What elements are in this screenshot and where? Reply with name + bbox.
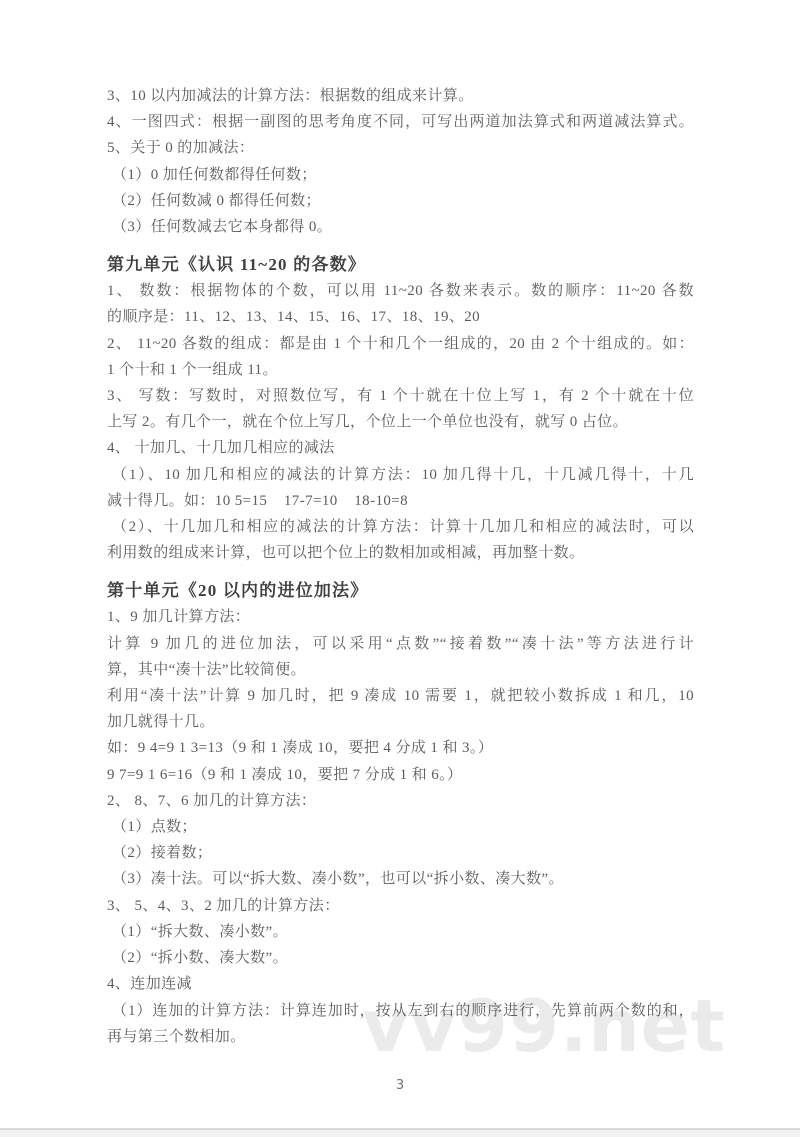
text-line: 3、 5、4、3、2 加几的计算方法： [107,893,694,919]
text-line: 1、 数数：根据物体的个数，可以用 11~20 各数来表示。数的顺序：11~20… [107,278,694,304]
text-line: 算，其中“凑十法”比较简便。 [107,657,694,683]
text-line: 3、10 以内加减法的计算方法：根据数的组成来计算。 [107,83,694,109]
section-unit9: 第九单元《认识 11~20 的各数》 1、 数数：根据物体的个数，可以用 11~… [107,252,694,566]
unit9-heading: 第九单元《认识 11~20 的各数》 [107,252,694,278]
text-line: （2）任何数减 0 都得任何数； [107,188,694,214]
text-line: （1）“拆大数、凑小数”。 [107,919,694,945]
text-line: （2）“拆小数、凑大数”。 [107,945,694,971]
text-line: （1）点数； [107,814,694,840]
text-line: 如：9 4=9 1 3=13（9 和 1 凑成 10，要把 4 分成 1 和 3… [107,735,694,761]
text-line: 加几就得十几。 [107,709,694,735]
text-line: 5、关于 0 的加减法： [107,135,694,161]
text-line: （1）连加的计算方法：计算连加时，按从左到右的顺序进行，先算前两个数的和， [107,998,694,1024]
text-line: （1）、10 加几和相应的减法的计算方法：10 加几得十几，十几减几得十，十几 [107,462,694,488]
text-line: 利用“凑十法”计算 9 加几时，把 9 凑成 10 需要 1，就把较小数拆成 1… [107,683,694,709]
text-line: 4、连加连减 [107,971,694,997]
section-unit10: 第十单元《20 以内的进位加法》 1、9 加几计算方法： 计算 9 加几的进位加… [107,578,694,1049]
text-line: 1 个十和 1 个一组成 11。 [107,357,694,383]
text-line: （1）0 加任何数都得任何数； [107,162,694,188]
text-line: 计算 9 加几的进位加法，可以采用“点数”“接着数”“凑十法”等方法进行计 [107,631,694,657]
text-line: （2）接着数； [107,840,694,866]
text-line: 2、 11~20 各数的组成：都是由 1 个十和几个一组成的，20 由 2 个十… [107,331,694,357]
text-line: 的顺序是：11、12、13、14、15、16、17、18、19、20 [107,304,694,330]
text-line: 再与第三个数相加。 [107,1024,694,1050]
text-line: 1、9 加几计算方法： [107,604,694,630]
text-line: （3）凑十法。可以“拆大数、凑小数”，也可以“拆小数、凑大数”。 [107,866,694,892]
text-line: （2）、十几加几和相应的减法的计算方法：计算十几加几和相应的减法时，可以 [107,514,694,540]
text-line: 上写 2。有几个一，就在个位上写几，个位上一个单位也没有，就写 0 占位。 [107,409,694,435]
text-line: 利用数的组成来计算，也可以把个位上的数相加或相减，再加整十数。 [107,540,694,566]
text-line: 减十得几。如：10 5=15 17-7=10 18-10=8 [107,488,694,514]
page-content: 3、10 以内加减法的计算方法：根据数的组成来计算。 4、一图四式：根据一副图的… [107,83,694,1050]
page-bottom-edge [0,1128,800,1137]
page-number: 3 [0,1078,800,1093]
text-line: 9 7=9 1 6=16（9 和 1 凑成 10，要把 7 分成 1 和 6。） [107,762,694,788]
text-line: 3、 写数：写数时，对照数位写，有 1 个十就在十位上写 1，有 2 个十就在十… [107,383,694,409]
document-page: vv99.net 3、10 以内加减法的计算方法：根据数的组成来计算。 4、一图… [0,0,800,1137]
text-line: 4、一图四式：根据一副图的思考角度不同，可写出两道加法算式和两道减法算式。 [107,109,694,135]
text-line: 4、 十加几、十几加几相应的减法 [107,435,694,461]
text-line: （3）任何数减去它本身都得 0。 [107,214,694,240]
text-line: 2、 8、7、6 加几的计算方法： [107,788,694,814]
unit10-heading: 第十单元《20 以内的进位加法》 [107,578,694,604]
section-unit8-tail: 3、10 以内加减法的计算方法：根据数的组成来计算。 4、一图四式：根据一副图的… [107,83,694,240]
